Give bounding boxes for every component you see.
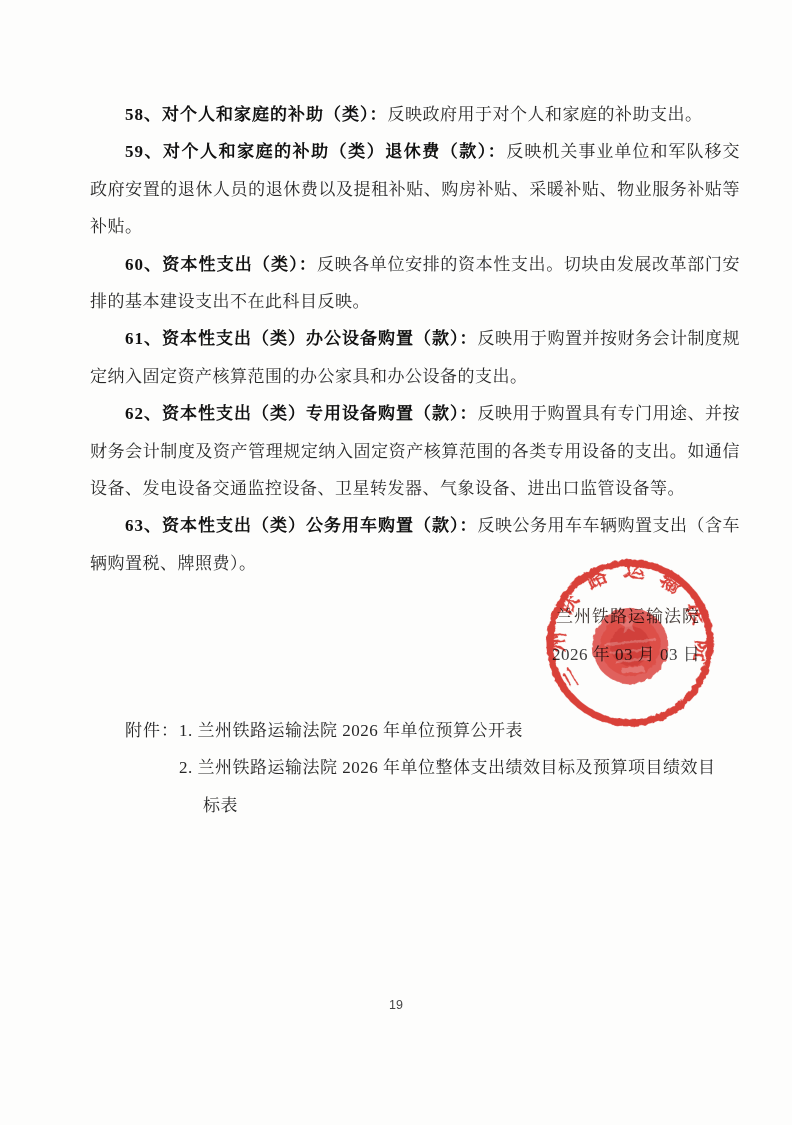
clause-58-title: 58、对个人和家庭的补助（类）： — [125, 105, 388, 124]
clause-59-title: 59、对个人和家庭的补助（类）退休费（款）： — [125, 142, 506, 161]
clause-58: 58、对个人和家庭的补助（类）：反映政府用于对个人和家庭的补助支出。 — [90, 96, 740, 133]
document-page: 58、对个人和家庭的补助（类）：反映政府用于对个人和家庭的补助支出。 59、对个… — [0, 0, 792, 1125]
attachments-list: 1. 兰州铁路运输法院 2026 年单位预算公开表 2. 兰州铁路运输法院 20… — [179, 712, 731, 824]
signature-org: 兰州铁路运输法院 — [556, 602, 700, 627]
clause-61: 61、资本性支出（类）办公设备购置（款）：反映用于购置并按财务会计制度规定纳入固… — [90, 320, 740, 395]
attachments-label: 附件： — [125, 712, 179, 749]
clause-60-title: 60、资本性支出（类）： — [125, 255, 317, 274]
clause-62: 62、资本性支出（类）专用设备购置（款）：反映用于购置具有专门用途、并按财务会计… — [90, 395, 740, 507]
clause-63-title: 63、资本性支出（类）公务用车购置（款）： — [125, 516, 478, 535]
clause-58-text: 反映政府用于对个人和家庭的补助支出。 — [388, 105, 703, 124]
page-number: 19 — [0, 998, 792, 1012]
attachment-item-2: 2. 兰州铁路运输法院 2026 年单位整体支出绩效目标及预算项目绩效目标表 — [179, 749, 731, 824]
attachments-section: 附件： 1. 兰州铁路运输法院 2026 年单位预算公开表 2. 兰州铁路运输法… — [125, 712, 735, 824]
clause-61-title: 61、资本性支出（类）办公设备购置（款）： — [125, 329, 478, 348]
body-text: 58、对个人和家庭的补助（类）：反映政府用于对个人和家庭的补助支出。 59、对个… — [90, 96, 740, 582]
clause-60: 60、资本性支出（类）：反映各单位安排的资本性支出。切块由发展改革部门安排的基本… — [90, 246, 740, 321]
clause-59: 59、对个人和家庭的补助（类）退休费（款）：反映机关事业单位和军队移交政府安置的… — [90, 133, 740, 245]
signature-date: 2026 年 03 月 03 日 — [552, 640, 700, 665]
clause-63: 63、资本性支出（类）公务用车购置（款）：反映公务用车车辆购置支出（含车辆购置税… — [90, 507, 740, 582]
clause-62-title: 62、资本性支出（类）专用设备购置（款）： — [125, 404, 478, 423]
attachment-item-1: 1. 兰州铁路运输法院 2026 年单位预算公开表 — [179, 712, 731, 749]
